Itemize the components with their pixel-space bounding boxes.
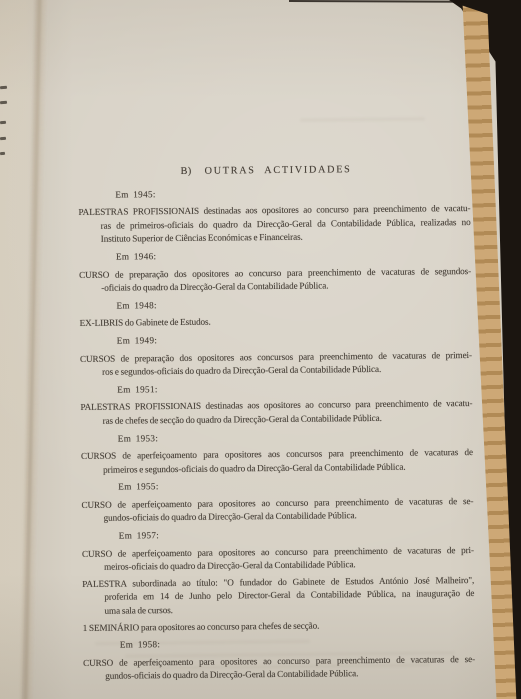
entry-paragraph: EX-LIBRIS do Gabinete de Estudos. <box>80 313 472 331</box>
entries: Em 1945:PALESTRAS PROFISSIONAIS destinad… <box>78 185 475 684</box>
year-label: Em 1951: <box>117 380 472 397</box>
year-label: Em 1953: <box>118 429 473 446</box>
entry-line: uma sala de cursos. <box>104 601 474 618</box>
entry-line: -oficiais do quadro da Direcção-Geral da… <box>101 278 471 295</box>
year-label: Em 1946: <box>116 247 471 264</box>
entry-paragraph: CURSO de aperfeiçoamento para opositores… <box>82 544 474 575</box>
section-heading-prefix: B) <box>181 166 192 177</box>
year-label: Em 1948: <box>116 296 471 313</box>
section-heading: B)OUTRAS ACTIVIDADES <box>62 162 470 180</box>
entry-paragraph: PALESTRAS PROFISSIONAIS destinadas aos o… <box>78 202 470 247</box>
entry-paragraph: CURSO de preparação dos opositores ao co… <box>79 265 471 296</box>
entry-line: primeiros e segundos-oficiais do quadro … <box>103 460 473 477</box>
section-heading-title: OUTRAS ACTIVIDADES <box>205 164 352 176</box>
year-label: Em 1949: <box>117 331 472 348</box>
neighbor-page-mark <box>0 137 6 140</box>
entry-line: gundos-oficiais do quadro da Direcção-Ge… <box>104 508 474 525</box>
entry-line: EX-LIBRIS do Gabinete de Estudos. <box>80 313 472 331</box>
entry-line: meiros-oficiais do quadro da Direcção-Ge… <box>104 557 474 574</box>
entry-line: ros e segundos-oficiais do quadro da Dir… <box>102 362 472 379</box>
cover-top-edge <box>289 0 467 3</box>
page-text: B)OUTRAS ACTIVIDADES Em 1945:PALESTRAS P… <box>78 162 475 687</box>
entry-paragraph: 1 SEMINÁRIO para opositores ao concurso … <box>83 618 475 636</box>
entry-paragraph: PALESTRA subordinada ao título: "O funda… <box>82 574 474 619</box>
entry-paragraph: CURSOS de preparação dos opositores aos … <box>80 349 472 380</box>
book-photo: B)OUTRAS ACTIVIDADES Em 1945:PALESTRAS P… <box>0 0 521 699</box>
year-label: Em 1958: <box>120 635 475 652</box>
neighbor-page-mark <box>0 152 5 155</box>
neighbor-page-mark <box>0 101 7 104</box>
neighbor-page-mark <box>0 121 6 124</box>
year-label: Em 1945: <box>115 185 470 202</box>
entry-paragraph: CURSO de aperfeiçoamento para opositores… <box>81 495 473 526</box>
entry-line: Instituto Superior de Ciências Económica… <box>101 229 471 246</box>
year-label: Em 1957: <box>119 526 474 543</box>
entry-paragraph: CURSO de aperfeiçoamento para opositores… <box>83 653 475 684</box>
year-label: Em 1955: <box>118 477 473 494</box>
entry-line: 1 SEMINÁRIO para opositores ao concurso … <box>83 618 475 636</box>
neighbor-page-mark <box>0 86 7 89</box>
entry-paragraph: PALESTRAS PROFISSIONAIS destinadas aos o… <box>80 397 472 428</box>
show-through-line <box>300 117 425 121</box>
entry-line: gundos-oficiais do quadro da Direcção-Ge… <box>105 666 475 683</box>
entry-line: ras de chefes de secção do quadro da Dir… <box>103 411 473 428</box>
entry-paragraph: CURSOS de aperfeiçoamento para opositore… <box>81 446 473 477</box>
